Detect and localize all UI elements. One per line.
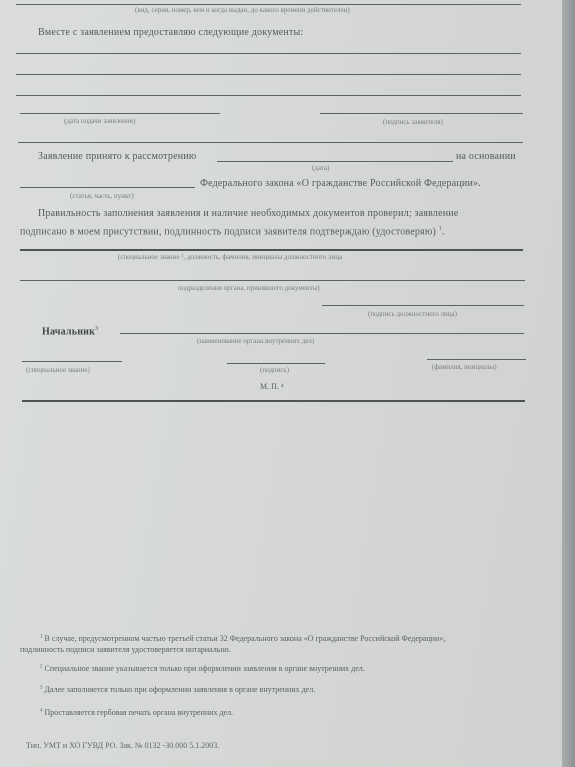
documents-intro: Вместе с заявлением предоставляю следующ… bbox=[38, 27, 303, 38]
article-caption: (статья, часть, пункт) bbox=[70, 192, 134, 200]
internal-affairs-caption: (наименование органа внутренних дел) bbox=[197, 337, 314, 345]
footnote-4-marker: 4 bbox=[40, 708, 43, 713]
footnote-2-marker: 2 bbox=[40, 664, 43, 669]
accepted-date-caption: (дата) bbox=[312, 164, 329, 172]
footnote-1-continued: подлинность подписи заявителя удостоверя… bbox=[20, 645, 231, 654]
body-caption: подразделения органа, принявшего докумен… bbox=[178, 284, 320, 292]
footnote-1-text: В случае, предусмотренном частью третьей… bbox=[45, 634, 446, 643]
rank-field[interactable] bbox=[22, 361, 122, 362]
bottom-rule bbox=[22, 400, 525, 402]
footnote-2-text: Специальное звание указывается только пр… bbox=[45, 664, 365, 673]
chief-label: Начальник3 bbox=[42, 326, 98, 337]
signature-caption: (подпись) bbox=[260, 366, 289, 374]
official-signature-field[interactable] bbox=[322, 305, 524, 306]
name-caption: (фамилия, инициалы) bbox=[432, 363, 497, 371]
verification-text: подписано в моем присутствии, подлинност… bbox=[20, 226, 436, 237]
official-caption: (специальное звание ², должность, фамили… bbox=[118, 253, 342, 261]
document-id-line bbox=[16, 4, 521, 5]
separator-line bbox=[18, 142, 523, 143]
documents-line-2[interactable] bbox=[16, 74, 521, 75]
signature-field[interactable] bbox=[227, 363, 325, 364]
verification-line-1: Правильность заполнения заявления и нали… bbox=[38, 208, 459, 219]
footnote-ref-3: 3 bbox=[95, 326, 98, 332]
applicant-signature-field[interactable] bbox=[320, 113, 523, 114]
official-field[interactable] bbox=[20, 249, 523, 251]
body-field[interactable] bbox=[20, 280, 525, 281]
name-field[interactable] bbox=[427, 359, 526, 360]
footnote-4-text: Проставляется гербовая печать органа вну… bbox=[45, 708, 234, 717]
verification-line-2: подписано в моем присутствии, подлинност… bbox=[20, 226, 445, 237]
accepted-date-field[interactable] bbox=[217, 161, 453, 162]
seal-label: М. П. ⁴ bbox=[260, 382, 284, 391]
article-field[interactable] bbox=[20, 187, 195, 188]
footnote-3: 3 Далее заполняется только при оформлени… bbox=[40, 685, 315, 694]
footnote-3-marker: 3 bbox=[40, 685, 43, 690]
accepted-label: Заявление принято к рассмотрению bbox=[38, 151, 196, 162]
footnote-1-marker: 1 bbox=[40, 634, 43, 639]
print-imprint: Тип. УМТ и ХО ГУВД РО. Зак. № 0132 -30.0… bbox=[26, 741, 219, 750]
rank-caption: (специальное звание) bbox=[26, 366, 90, 374]
applicant-signature-caption: (подпись заявителя) bbox=[383, 118, 443, 126]
documents-line-3[interactable] bbox=[16, 95, 521, 96]
documents-line-1[interactable] bbox=[16, 53, 521, 54]
footnote-4: 4 Проставляется гербовая печать органа в… bbox=[40, 708, 233, 717]
application-date-caption: (дата подачи заявления) bbox=[64, 117, 135, 125]
chief-label-text: Начальник bbox=[42, 326, 95, 337]
internal-affairs-field[interactable] bbox=[120, 333, 524, 334]
footnote-ref-1: 1 bbox=[439, 226, 442, 232]
official-signature-caption: (подпись должностного лица) bbox=[368, 310, 457, 318]
page-edge-shadow bbox=[562, 0, 575, 767]
basis-label: на основании bbox=[456, 151, 516, 162]
footnote-3-text: Далее заполняется только при оформлении … bbox=[45, 685, 316, 694]
application-date-field[interactable] bbox=[20, 113, 220, 114]
footnote-1: 1 В случае, предусмотренном частью треть… bbox=[40, 634, 445, 643]
footnote-2: 2 Специальное звание указывается только … bbox=[40, 664, 365, 673]
document-id-caption: (вид, серия, номер, кем и когда выдан, д… bbox=[135, 6, 350, 14]
law-text: Федерального закона «О гражданстве Росси… bbox=[200, 178, 481, 189]
